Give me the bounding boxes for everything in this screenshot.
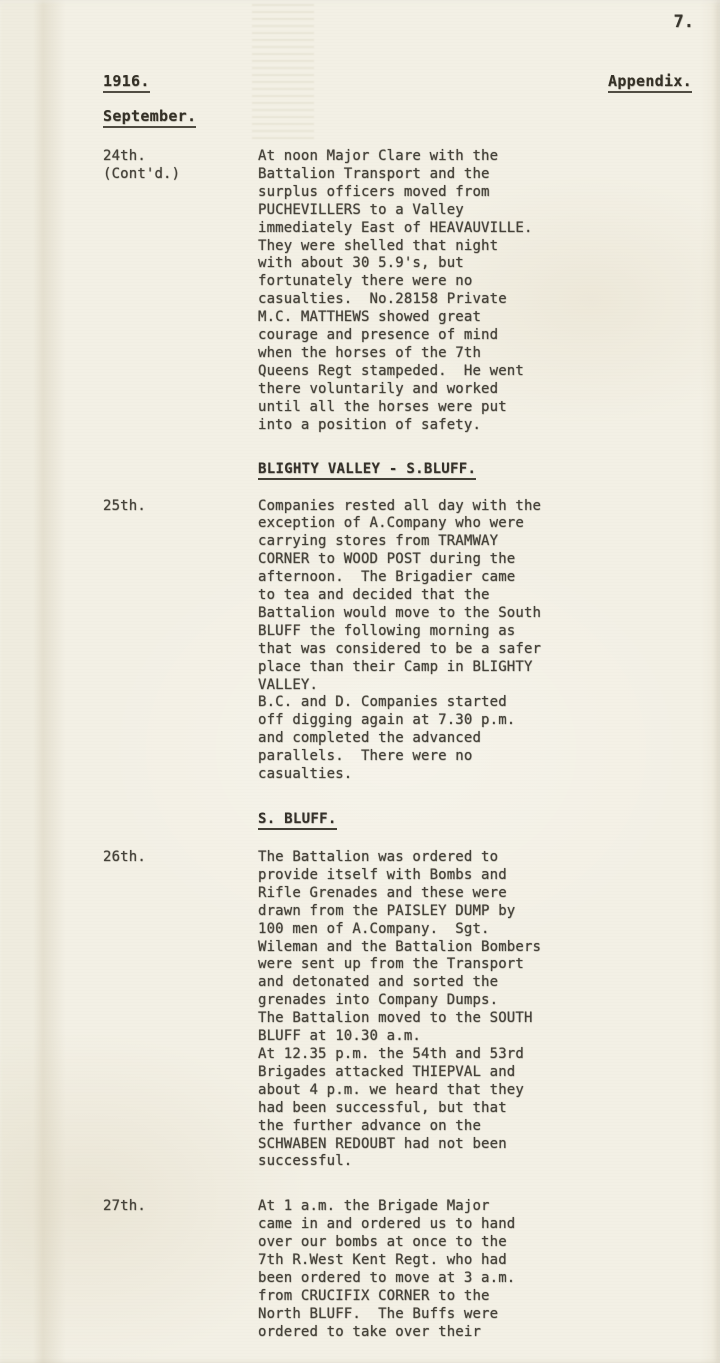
appendix-label: Appendix. (608, 72, 692, 93)
entry-27th: 27th. At 1 a.m. the Brigade Major came i… (103, 1198, 692, 1341)
section-heading-s-bluff: S. BLUFF. (258, 811, 692, 827)
entry-date: 24th. (Cont'd.) (103, 148, 258, 184)
section-heading-text: S. BLUFF. (258, 811, 337, 830)
month-label: September. (103, 107, 196, 128)
year-label: 1916. (103, 72, 150, 93)
section-heading-text: BLIGHTY VALLEY - S.BLUFF. (258, 461, 476, 480)
entry-body: The Battalion was ordered to provide its… (258, 849, 573, 1171)
entry-body: At noon Major Clare with the Battalion T… (258, 148, 573, 435)
entry-date: 25th. (103, 498, 258, 516)
page-header: 1916. Appendix. (103, 72, 692, 93)
section-heading-blighty-valley: BLIGHTY VALLEY - S.BLUFF. (258, 461, 692, 477)
entry-24th: 24th. (Cont'd.) At noon Major Clare with… (103, 148, 692, 435)
entry-date: 26th. (103, 849, 258, 867)
entry-25th: 25th. Companies rested all day with the … (103, 498, 692, 785)
page-content: 1916. Appendix. September. 24th. (Cont'd… (0, 0, 720, 1342)
entry-date: 27th. (103, 1198, 258, 1216)
war-diary-page: 7. 1916. Appendix. September. 24th. (Con… (0, 0, 720, 1363)
entry-26th: 26th. The Battalion was ordered to provi… (103, 849, 692, 1171)
entry-body: At 1 a.m. the Brigade Major came in and … (258, 1198, 573, 1341)
entry-body: Companies rested all day with the except… (258, 498, 573, 785)
